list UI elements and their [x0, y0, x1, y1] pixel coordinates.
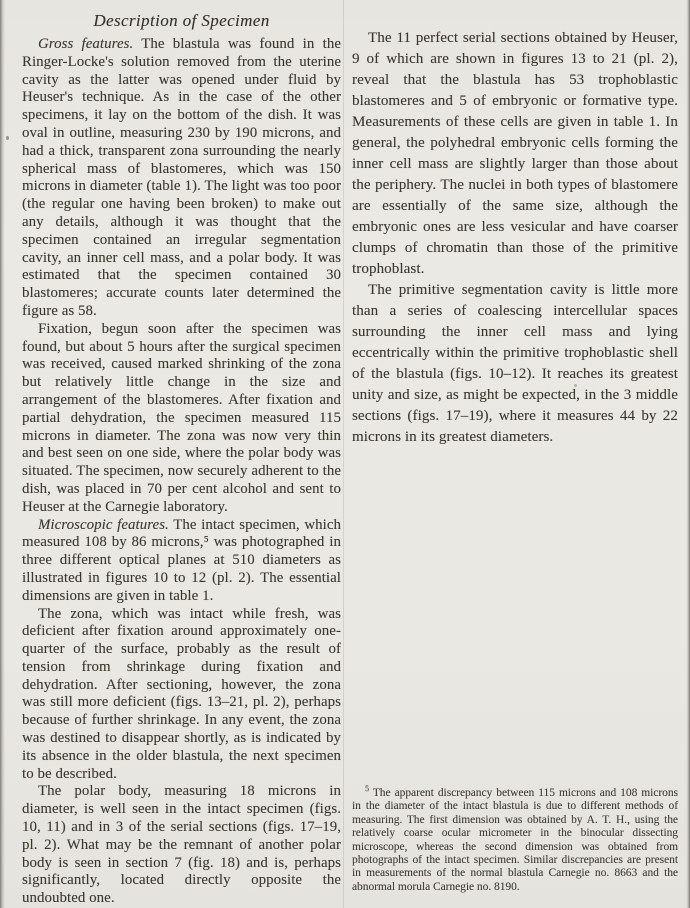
paragraph-text: The primitive segmentation cavity is lit… — [352, 282, 678, 445]
footnote-paragraph: 5 The apparent discrepancy between 115 m… — [352, 787, 678, 894]
paragraph: The zona, which was intact while fresh, … — [22, 606, 341, 784]
paragraph: Microscopic features. The intact specime… — [22, 517, 341, 606]
page-title: Description of Specimen — [22, 11, 341, 31]
paragraph: The polar body, measuring 18 microns in … — [22, 783, 341, 908]
paragraph-text: Fixation, begun soon after the specimen … — [22, 321, 341, 515]
paragraph: The 11 perfect serial sections obtained … — [352, 28, 678, 280]
scan-speck — [574, 384, 577, 387]
scan-edge-right — [686, 0, 690, 908]
scan-speck — [6, 136, 9, 140]
footnote-text: The apparent discrepancy between 115 mic… — [352, 787, 678, 893]
footnote: 5 The apparent discrepancy between 115 m… — [352, 787, 678, 894]
scanned-page: Description of Specimen Gross features. … — [0, 0, 690, 908]
paragraph-text: The zona, which was intact while fresh, … — [22, 606, 341, 782]
paragraph: Gross features. The blastula was found i… — [22, 36, 341, 321]
paragraph-text: The polar body, measuring 18 microns in … — [22, 783, 341, 906]
paragraph-text: The blastula was found in the Ringer-Loc… — [22, 36, 341, 319]
right-column: The 11 perfect serial sections obtained … — [352, 28, 678, 448]
paragraph-lead: Gross features. — [38, 36, 133, 52]
paragraph: Fixation, begun soon after the specimen … — [22, 321, 341, 517]
column-gutter-shadow — [343, 0, 344, 908]
paragraph-lead: Microscopic features. — [38, 517, 169, 533]
paragraph: The primitive segmentation cavity is lit… — [352, 280, 678, 448]
left-column: Gross features. The blastula was found i… — [22, 36, 341, 908]
scan-edge-left — [0, 0, 5, 908]
paragraph-text: The 11 perfect serial sections obtained … — [352, 30, 678, 277]
